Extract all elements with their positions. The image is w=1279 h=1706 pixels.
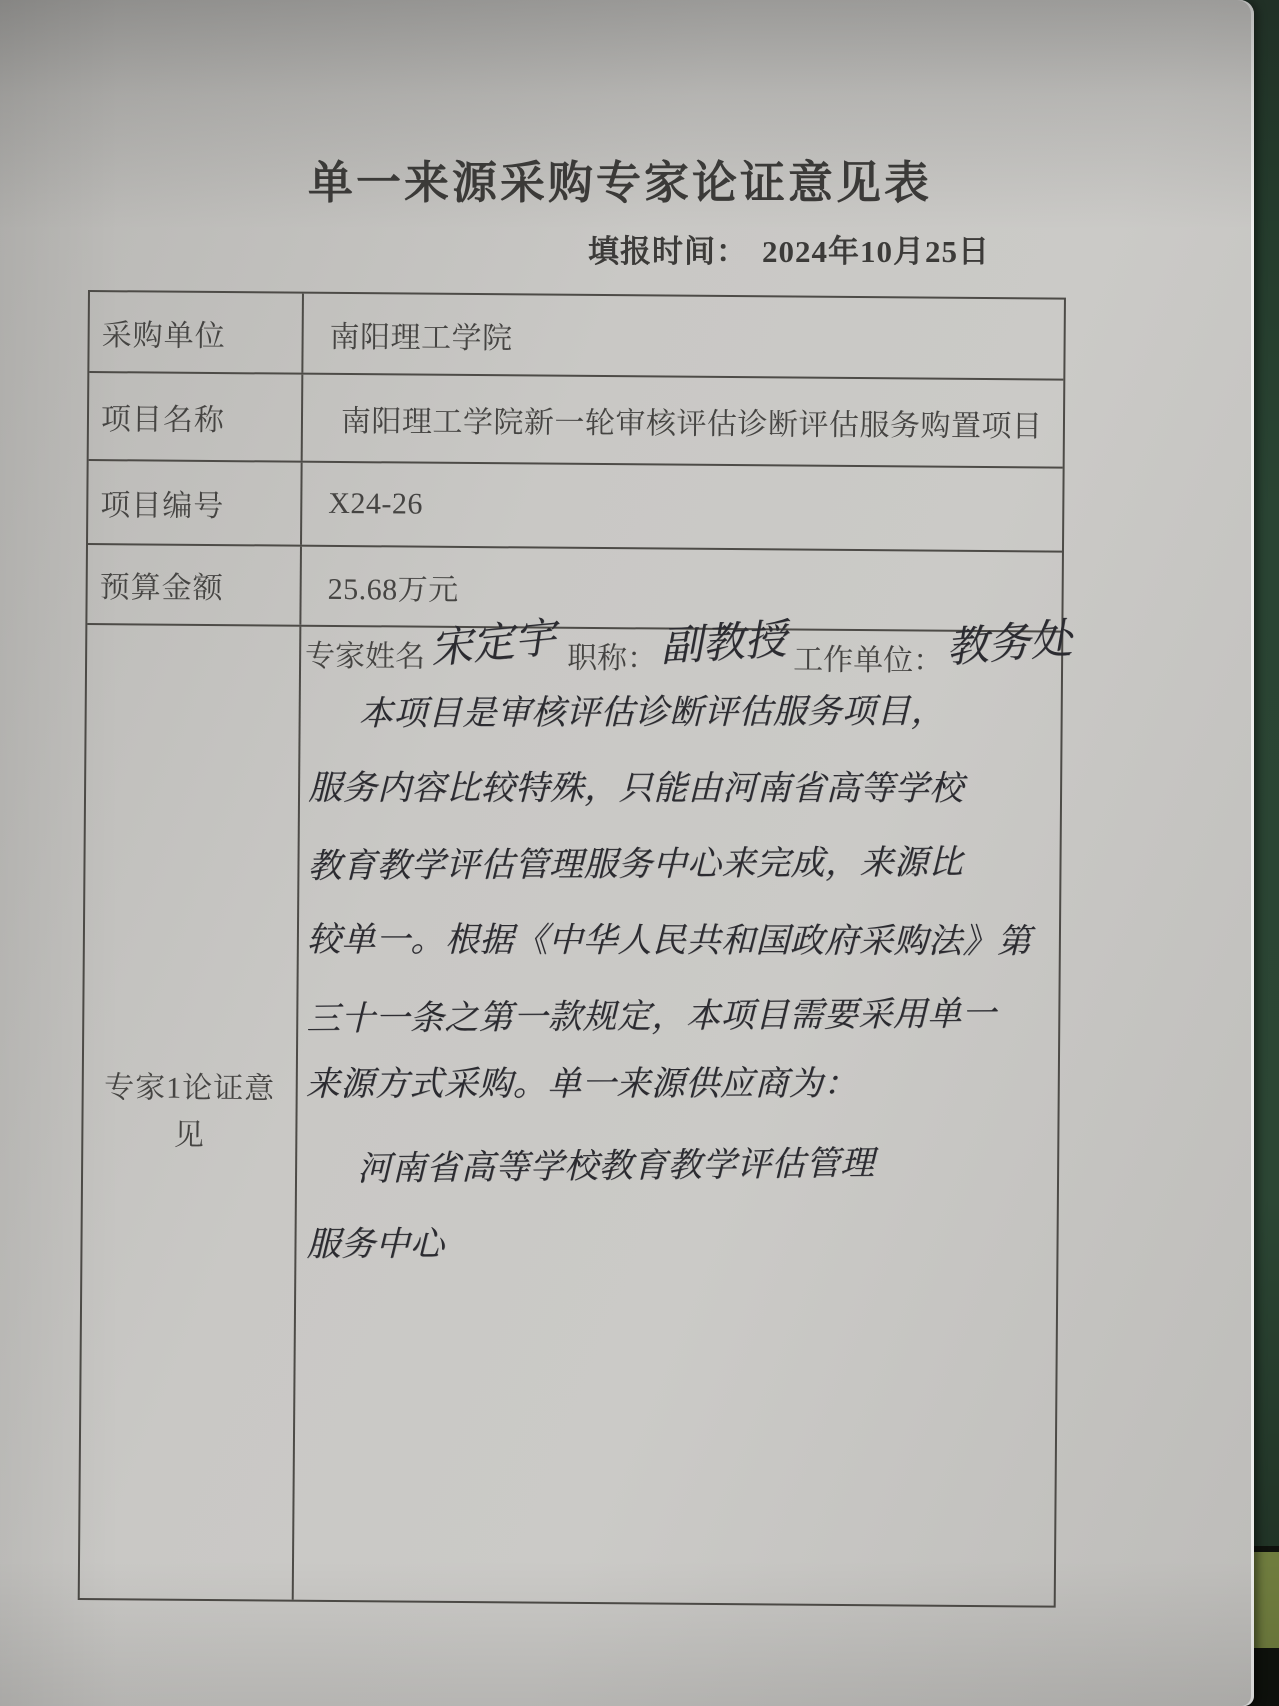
handwritten-opinion-line: 三十一条之第一款规定，本项目需要采用单一 <box>306 995 996 1040</box>
paper-sheet: 单一来源采购专家论证意见表 填报时间：2024年10月25日 采购单位 南阳理工… <box>0 0 1254 1706</box>
expert-unit-label: 工作单位： <box>793 635 943 680</box>
table-row-project-number: 项目编号 X24-26 <box>88 461 1063 553</box>
row-value-procurement-unit: 南阳理工学院 <box>303 294 1064 379</box>
row-label-procurement-unit: 采购单位 <box>89 292 304 373</box>
row-value-budget-amount: 25.68万元 <box>301 547 1062 631</box>
fill-date-line: 填报时间：2024年10月25日 <box>588 226 990 271</box>
handwritten-opinion-line: 教育教学评估管理服务中心来完成，来源比 <box>307 843 963 886</box>
handwritten-opinion-line: 较单一。根据《中华人民共和国政府采购法》第 <box>307 921 1032 962</box>
handwritten-opinion-line: 来源方式采购。单一来源供应商为： <box>306 1065 858 1105</box>
expert-opinion-label-text: 专家1论证意见 <box>96 1065 283 1159</box>
row-label-budget-amount: 预算金额 <box>87 545 302 625</box>
table-row-expert-opinion: 专家1论证意见 专家姓名 宋定宇 职称： 副教授 工作单位： 教务处 本项目是审… <box>80 625 1062 1606</box>
handwritten-opinion-line: 河南省高等学校教育教学评估管理 <box>357 1144 875 1189</box>
row-value-project-number: X24-26 <box>302 463 1063 551</box>
expert-unit-handwritten: 教务处 <box>945 618 1074 670</box>
expert-header-line: 专家姓名 宋定宇 职称： 副教授 工作单位： 教务处 <box>305 631 1059 681</box>
expert-opinion-cell: 专家姓名 宋定宇 职称： 副教授 工作单位： 教务处 本项目是审核评估诊断评估服… <box>294 627 1062 1606</box>
expert-name-label: 专家姓名 <box>305 631 425 676</box>
expert-name-signature: 宋定宇 <box>428 617 557 671</box>
handwritten-opinion-line: 本项目是审核评估诊断评估服务项目， <box>359 692 946 734</box>
row-label-project-name: 项目名称 <box>89 373 304 461</box>
row-label-project-number: 项目编号 <box>88 461 303 545</box>
handwritten-opinion-line: 服务中心 <box>306 1225 444 1264</box>
handwritten-opinion-line: 服务内容比较特殊，只能由河南省高等学校 <box>308 769 964 809</box>
form-table: 采购单位 南阳理工学院 项目名称 南阳理工学院新一轮审核评估诊断评估服务购置项目… <box>78 290 1066 1608</box>
expert-title-label: 职称： <box>567 633 657 678</box>
form-content: 单一来源采购专家论证意见表 填报时间：2024年10月25日 采购单位 南阳理工… <box>0 0 1254 1706</box>
expert-title-handwritten: 副教授 <box>659 619 787 669</box>
fill-date-label: 填报时间： <box>588 234 748 269</box>
row-label-expert-opinion: 专家1论证意见 <box>80 625 302 1600</box>
table-row-project-name: 项目名称 南阳理工学院新一轮审核评估诊断评估服务购置项目 <box>89 373 1064 469</box>
row-value-project-name: 南阳理工学院新一轮审核评估诊断评估服务购置项目 <box>303 375 1064 467</box>
table-row-budget-amount: 预算金额 25.68万元 <box>87 545 1062 633</box>
background-green-patch <box>1251 1552 1279 1648</box>
table-row-procurement-unit: 采购单位 南阳理工学院 <box>89 292 1064 381</box>
photo-background: 单一来源采购专家论证意见表 填报时间：2024年10月25日 采购单位 南阳理工… <box>0 0 1279 1706</box>
fill-date-value: 2024年10月25日 <box>762 234 990 269</box>
page-title: 单一来源采购专家论证意见表 <box>0 146 1240 211</box>
